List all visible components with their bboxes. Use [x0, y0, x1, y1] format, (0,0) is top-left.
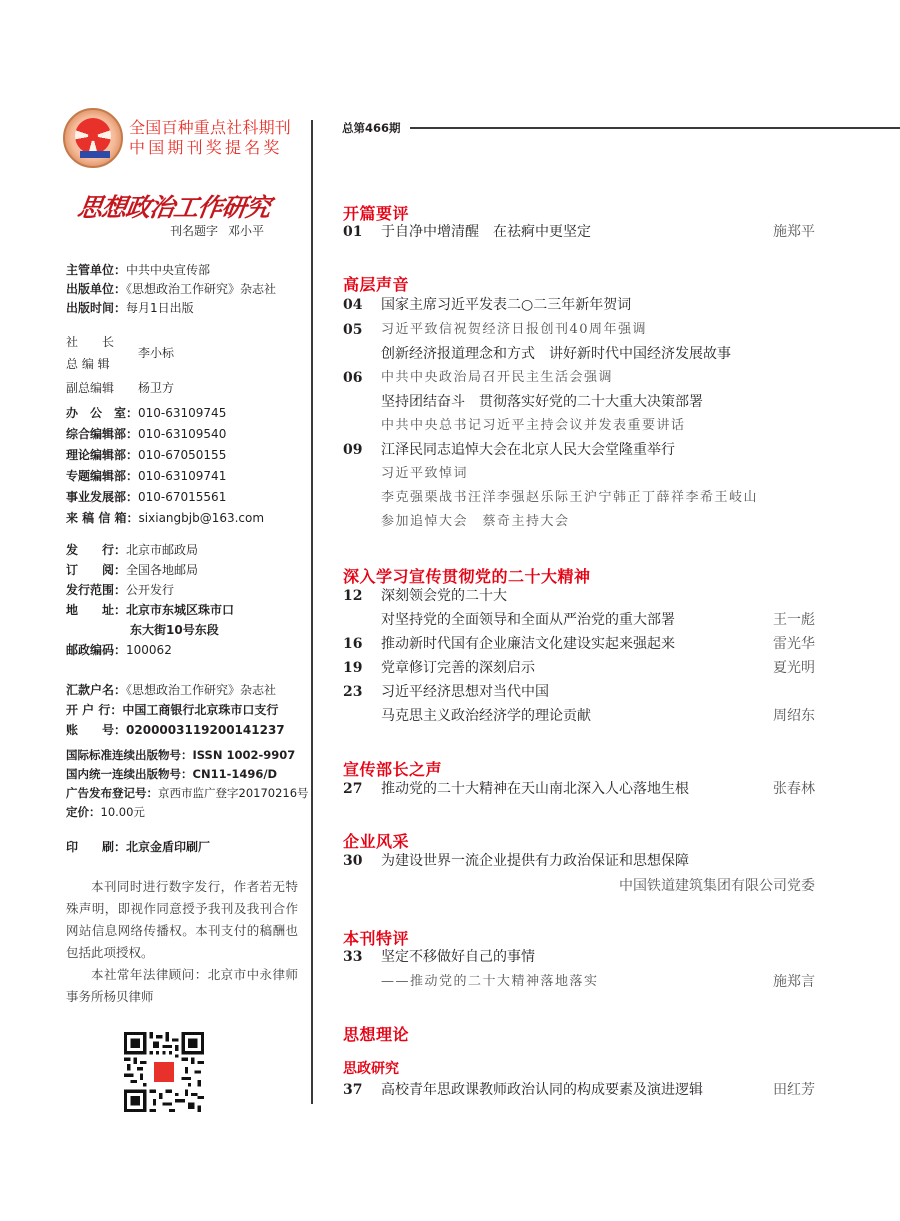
article-subhead: 中共中央总书记习近平主持会议并发表重要讲话 [381, 415, 686, 437]
award-text: 全国百种重点社科期刊 中国期刊奖提名奖 [129, 118, 291, 158]
article-title: 坚定不移做好自己的事情 [381, 946, 535, 968]
digital-rights-notice: 本刊同时进行数字发行，作者若无特殊声明，即视作同意授予我刊及我刊合作网站信息网络… [66, 876, 298, 964]
supervisor: 中共中央宣传部 [126, 263, 210, 277]
email-label: 来 稿 信 箱： [66, 511, 139, 525]
toc-entry[interactable]: 27 推动党的二十大精神在天山南北深入人心落地生根 张春林 [343, 778, 815, 800]
masthead-column: 全国百种重点社科期刊 中国期刊奖提名奖 思想政治工作研究 刊名题字邓小平 主管单… [0, 0, 312, 1221]
toc-entry-continued[interactable]: 习近平致悼词 [343, 463, 815, 485]
article-title: 为建设世界一流企业提供有力政治保证和思想保障 [381, 850, 689, 872]
dist-label: 地 址： [66, 603, 126, 617]
issn: ISSN 1002-9907 [193, 748, 296, 762]
phone-theory-editorial: 010-67050155 [138, 448, 226, 462]
section-enterprise-showcase: 企业风采 [343, 829, 409, 852]
calligraphy-credit: 刊名题字邓小平 [170, 222, 274, 239]
printer-label: 印 刷： [66, 840, 126, 854]
article-author: 施郑言 [773, 971, 815, 993]
header-rule [410, 127, 900, 129]
subsection-ideological-political-research: 思政研究 [343, 1058, 399, 1078]
award-banner: 全国百种重点社科期刊 中国期刊奖提名奖 [63, 108, 323, 168]
toc-entry[interactable]: 16 推动新时代国有企业廉洁文化建设实起来强起来 雷光华 [343, 633, 815, 655]
page-number: 09 [343, 439, 362, 461]
ad-reg-label: 广告发布登记号： [66, 786, 158, 800]
issue-number: 总第466期 [342, 120, 401, 136]
deputy-name: 杨卫方 [138, 379, 174, 398]
price-label: 定价： [66, 805, 101, 819]
article-author: 田红芳 [773, 1079, 815, 1101]
toc-entry[interactable]: 01 于自净中增清醒 在祛痾中更坚定 施郑平 [343, 221, 815, 243]
credit-label: 刊名题字 [170, 224, 218, 238]
bank-label: 汇款户名： [66, 683, 126, 697]
section-20th-congress-spirit: 深入学习宣传贯彻党的二十大精神 [343, 564, 591, 587]
bank-label: 开 户 行： [66, 703, 122, 717]
president-label: 社 长 [66, 333, 114, 352]
phone-general-editorial: 010-63109540 [138, 427, 226, 441]
bank-branch: 中国工商银行北京珠市口支行 [122, 703, 278, 717]
article-title: 党章修订完善的深刻启示 [381, 657, 535, 679]
bank-info: 汇款户名：《思想政治工作研究》杂志社 开 户 行：中国工商银行北京珠市口支行 账… [66, 680, 285, 740]
account-name: 《思想政治工作研究》杂志社 [126, 683, 276, 697]
publisher: 《思想政治工作研究》杂志社 [126, 282, 276, 296]
article-subhead: 习近平致悼词 [381, 463, 468, 485]
distributor: 北京市邮政局 [126, 543, 198, 557]
dist-label: 发行范围： [66, 583, 126, 597]
page-number: 23 [343, 681, 362, 703]
article-subtitle: ——推动党的二十大精神落地落实 [381, 971, 599, 993]
president-name: 李小标 [138, 344, 174, 363]
article-subhead: 参加追悼大会 蔡奇主持大会 [381, 511, 570, 533]
page-number: 05 [343, 319, 362, 341]
deputy-label: 副总编辑 [66, 381, 114, 395]
section-ideological-theory: 思想理论 [343, 1022, 409, 1045]
article-author: 王一彪 [773, 609, 815, 631]
toc-entry[interactable]: 19 党章修订完善的深刻启示 夏光明 [343, 657, 815, 679]
distribution-info: 发 行：北京市邮政局 订 阅：全国各地邮局 发行范围：公开发行 地 址：北京市东… [66, 540, 234, 660]
article-author: 张春林 [773, 778, 815, 800]
phone-office: 010-63109745 [138, 406, 226, 420]
toc-entry[interactable]: 09 江泽民同志追悼大会在北京人民大会堂隆重举行 [343, 439, 815, 461]
phone-label: 综合编辑部： [66, 427, 138, 441]
award-line-2: 中国期刊奖提名奖 [129, 138, 291, 158]
magazine-title-calligraphy: 思想政治工作研究 [76, 188, 281, 222]
distribution-scope: 公开发行 [126, 583, 174, 597]
article-title: 创新经济报道理念和方式 讲好新时代中国经济发展故事 [381, 343, 731, 365]
editorial-staff: 社 长 总 编 辑 李小标 副总编辑 杨卫方 [66, 333, 114, 403]
bank-label: 账 号： [66, 723, 126, 737]
printer-info: 印 刷：北京金盾印刷厂 [66, 838, 210, 857]
copyright-notice: 本刊同时进行数字发行，作者若无特殊声明，即视作同意授予我刊及我刊合作网站信息网络… [66, 876, 298, 1008]
cn-number: CN11-1496/D [193, 767, 278, 781]
page-number: 12 [343, 585, 362, 607]
toc-entry[interactable]: 05 习近平致信祝贺经济日报创刊40周年强调 [343, 319, 815, 341]
toc-entry[interactable]: 37 高校青年思政课教师政治认同的构成要素及演进逻辑 田红芳 [343, 1079, 815, 1101]
pubtime-label: 出版时间： [66, 301, 126, 315]
toc-entry[interactable]: 12 深刻领会党的二十大 [343, 585, 815, 607]
article-title: 江泽民同志追悼大会在北京人民大会堂隆重举行 [381, 439, 675, 461]
article-author: 施郑平 [773, 221, 815, 243]
publisher-info: 主管单位：中共中央宣传部 出版单位：《思想政治工作研究》杂志社 出版时间：每月1… [66, 261, 276, 318]
page-number: 30 [343, 850, 362, 872]
phone-business: 010-67015561 [138, 490, 226, 504]
toc-entry-continued[interactable]: 中共中央总书记习近平主持会议并发表重要讲话 [343, 415, 815, 437]
publisher-label: 出版单位： [66, 282, 126, 296]
article-author: 夏光明 [773, 657, 815, 679]
badge-ribbon [80, 151, 110, 158]
toc-entry-continued[interactable]: 马克思主义政治经济学的理论贡献 周绍东 [343, 705, 815, 727]
toc-entry[interactable]: 23 习近平经济思想对当代中国 [343, 681, 815, 703]
issn-label: 国际标准连续出版物号： [66, 748, 193, 762]
column-divider [311, 120, 313, 1104]
article-title: 对坚持党的全面领导和全面从严治党的重大部署 [381, 609, 675, 631]
page-number: 27 [343, 778, 362, 800]
ad-registration: 京西市监广登字20170216号 [158, 786, 309, 800]
toc-entry-continued[interactable]: 中国铁道建筑集团有限公司党委 [343, 875, 815, 897]
article-title: 高校青年思政课教师政治认同的构成要素及演进逻辑 [381, 1079, 703, 1101]
phone-label: 理论编辑部： [66, 448, 138, 462]
page-number: 33 [343, 946, 362, 968]
phone-special-editorial: 010-63109741 [138, 469, 226, 483]
dist-label: 邮政编码： [66, 643, 126, 657]
phone-label: 专题编辑部： [66, 469, 138, 483]
toc-entry-continued[interactable]: 坚持团结奋斗 贯彻落实好党的二十大重大决策部署 [343, 391, 815, 413]
credit-name: 邓小平 [228, 224, 264, 238]
publication-ids: 国际标准连续出版物号：ISSN 1002-9907 国内统一连续出版物号：CN1… [66, 746, 309, 822]
toc-entry[interactable]: 04 国家主席习近平发表二○二三年新年贺词 [343, 294, 815, 316]
address-line-1: 北京市东城区珠市口 [126, 603, 234, 617]
award-line-1: 全国百种重点社科期刊 [129, 118, 291, 138]
address-line-2: 东大街10号东段 [130, 623, 219, 637]
article-title: 坚持团结奋斗 贯彻落实好党的二十大重大决策部署 [381, 391, 703, 413]
account-number: 0200003119200141237 [126, 723, 285, 737]
legal-counsel-notice: 本社常年法律顾问：北京市中永律师事务所杨贝律师 [66, 964, 298, 1008]
article-title: 习近平经济思想对当代中国 [381, 681, 549, 703]
cn-label: 国内统一连续出版物号： [66, 767, 193, 781]
page-number: 06 [343, 367, 362, 389]
award-emblem-icon [63, 108, 123, 168]
toc-entry[interactable]: 33 坚定不移做好自己的事情 [343, 946, 815, 968]
page-number: 37 [343, 1079, 362, 1101]
article-title: 于自净中增清醒 在祛痾中更坚定 [381, 221, 591, 243]
submission-email[interactable]: sixiangbjb@163.com [139, 511, 265, 525]
article-title: 推动党的二十大精神在天山南北深入人心落地生根 [381, 778, 689, 800]
article-title: 国家主席习近平发表二○二三年新年贺词 [381, 294, 631, 316]
supervisor-label: 主管单位： [66, 263, 126, 277]
article-kicker: 习近平致信祝贺经济日报创刊40周年强调 [381, 319, 647, 341]
article-title: 深刻领会党的二十大 [381, 585, 507, 607]
toc-entry-continued[interactable]: 创新经济报道理念和方式 讲好新时代中国经济发展故事 [343, 343, 815, 365]
phone-label: 办 公 室： [66, 406, 138, 420]
article-title: 推动新时代国有企业廉洁文化建设实起来强起来 [381, 633, 675, 655]
subscription: 全国各地邮局 [126, 563, 198, 577]
swirl-icon [75, 118, 111, 154]
toc-entry-continued[interactable]: ——推动党的二十大精神落地落实 施郑言 [343, 971, 815, 993]
article-title: 马克思主义政治经济学的理论贡献 [381, 705, 591, 727]
pubtime: 每月1日出版 [126, 301, 194, 315]
dist-label: 发 行： [66, 543, 126, 557]
page-number: 16 [343, 633, 362, 655]
page-number: 04 [343, 294, 362, 316]
contact-phones: 办 公 室：010-63109745 综合编辑部：010-63109540 理论… [66, 403, 264, 529]
section-propaganda-ministers: 宣传部长之声 [343, 757, 442, 780]
toc-entry-continued[interactable]: 李克强栗战书汪洋李强赵乐际王沪宁韩正丁薛祥李希王岐山 [343, 487, 815, 509]
phone-label: 事业发展部： [66, 490, 138, 504]
toc-entry-continued[interactable]: 对坚持党的全面领导和全面从严治党的重大部署 王一彪 [343, 609, 815, 631]
page-number: 19 [343, 657, 362, 679]
toc-entry[interactable]: 06 中共中央政治局召开民主生活会强调 [343, 367, 815, 389]
section-leadership-voices: 高层声音 [343, 272, 409, 295]
qr-code[interactable] [124, 1032, 204, 1112]
article-author: 周绍东 [773, 705, 815, 727]
article-kicker: 中共中央政治局召开民主生活会强调 [381, 367, 613, 389]
postal-code: 100062 [126, 643, 172, 657]
magazine-logo-icon [153, 1061, 175, 1083]
article-subhead: 李克强栗战书汪洋李强赵乐际王沪宁韩正丁薛祥李希王岐山 [381, 487, 758, 509]
price: 10.00元 [101, 805, 145, 819]
printer-name: 北京金盾印刷厂 [126, 840, 210, 854]
chief-editor-label: 总 编 辑 [66, 355, 110, 374]
dist-label: 订 阅： [66, 563, 126, 577]
page-number: 01 [343, 221, 362, 243]
toc-entry[interactable]: 30 为建设世界一流企业提供有力政治保证和思想保障 [343, 850, 815, 872]
article-author: 雷光华 [773, 633, 815, 655]
article-author: 中国铁道建筑集团有限公司党委 [619, 875, 815, 897]
toc-entry-continued[interactable]: 参加追悼大会 蔡奇主持大会 [343, 511, 815, 533]
